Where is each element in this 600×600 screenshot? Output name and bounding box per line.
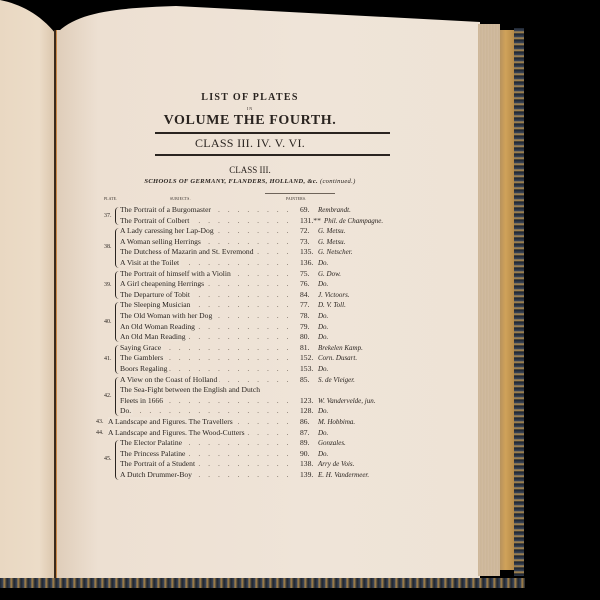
table-row: . . . . . . . . . . . . . . . . . . . . … xyxy=(100,449,400,460)
group-brace xyxy=(115,440,119,479)
painter-name: Arry de Vois. xyxy=(318,459,354,470)
continued-note: (continued.) xyxy=(320,178,356,185)
plate-number: 128. xyxy=(300,406,313,417)
plate-group-label: 42. xyxy=(104,391,112,401)
painter-name: J. Victoors. xyxy=(318,290,350,301)
subject-cell: The Sleeping Musician xyxy=(120,300,192,311)
subject-cell: A Woman selling Herrings xyxy=(120,237,203,248)
subject-cell: An Old Man Reading xyxy=(120,332,188,343)
plate-group-label: 41. xyxy=(104,354,112,364)
painter-name: Do. xyxy=(318,364,328,375)
table-row: . . . . . . . . . . . . . . . . . . . . … xyxy=(100,417,400,428)
table-row: . . . . . . . . . . . . . . . . . . . . … xyxy=(100,364,400,375)
group-brace xyxy=(115,345,119,374)
plate-number: 135. xyxy=(300,247,313,258)
leader-dots: . . . . . . . . . . . . . . . . . . . . … xyxy=(120,406,292,417)
painter-name: G. Metsu. xyxy=(318,226,345,237)
open-book: LIST OF PLATES IN VOLUME THE FOURTH. CLA… xyxy=(0,0,600,600)
plate-number: 90. xyxy=(300,449,310,460)
table-row: . . . . . . . . . . . . . . . . . . . . … xyxy=(100,375,400,386)
table-row: . . . . . . . . . . . . . . . . . . . . … xyxy=(100,396,400,407)
painter-name: Do. xyxy=(318,332,328,343)
plate-number: 86. xyxy=(300,417,310,428)
subject-cell: Saying Grace xyxy=(120,343,163,354)
painter-name: Brekelen Kamp. xyxy=(318,343,363,354)
subject-cell: The Sea-Fight between the English and Du… xyxy=(120,385,262,396)
table-row: . . . . . . . . . . . . . . . . . . . . … xyxy=(100,269,400,280)
subject-cell: The Portrait of a Burgomaster xyxy=(120,205,213,216)
table-row: . . . . . . . . . . . . . . . . . . . . … xyxy=(100,290,400,301)
painter-name: Phil. de Champagne. xyxy=(324,216,383,227)
volume-title: VOLUME THE FOURTH. xyxy=(130,113,370,129)
title-rule-bottom xyxy=(155,154,390,156)
subject-cell: A Lady caressing her Lap-Dog xyxy=(120,226,216,237)
column-headers: PLATE. SUBJECTS. PAINTERS. xyxy=(100,197,370,205)
table-row: . . . . . . . . . . . . . . . . . . . . … xyxy=(100,300,400,311)
subject-cell: The Dutchess of Mazarin and St. Evremond xyxy=(120,247,256,258)
table-row: . . . . . . . . . . . . . . . . . . . . … xyxy=(100,311,400,322)
plate-group-label: 39. xyxy=(104,280,112,290)
subject-cell: A Dutch Drummer-Boy xyxy=(120,470,194,481)
schools-text: SCHOOLS OF GERMANY, FLANDERS, HOLLAND, &… xyxy=(144,178,318,185)
painter-name: Rembrandt. xyxy=(318,205,351,216)
plate-number: 75. xyxy=(300,269,310,280)
painter-name: Do. xyxy=(318,258,328,269)
plate-number: 152. xyxy=(300,353,313,364)
table-row: . . . . . . . . . . . . . . . . . . . . … xyxy=(100,406,400,417)
painter-name: Do. xyxy=(318,449,328,460)
table-row: . . . . . . . . . . . . . . . . . . . . … xyxy=(100,247,400,258)
leather-cover-edge xyxy=(514,28,524,576)
title-rule-top xyxy=(155,132,390,134)
plate-group-label: 43. xyxy=(96,417,104,427)
group-brace xyxy=(115,302,119,341)
plate-table: . . . . . . . . . . . . . . . . . . . . … xyxy=(100,205,370,481)
subject-cell: The Portrait of a Student xyxy=(120,459,197,470)
classes-title: CLASS III. IV. V. VI. xyxy=(130,136,370,151)
plate-number: 84. xyxy=(300,290,310,301)
plate-number: 72. xyxy=(300,226,310,237)
plate-group-label: 45. xyxy=(104,454,112,464)
painters-column-head: PAINTERS. xyxy=(286,197,306,201)
painter-name: Do. xyxy=(318,428,328,439)
painter-name: S. de Vleiger. xyxy=(318,375,355,386)
plates-list: LIST OF PLATES IN VOLUME THE FOURTH. CLA… xyxy=(100,92,370,481)
left-page xyxy=(0,0,56,582)
painter-name: W. Vandervelde, jun. xyxy=(318,396,375,407)
table-row: . . . . . . . . . . . . . . . . . . . . … xyxy=(100,353,400,364)
subject-cell: The Portrait of himself with a Violin xyxy=(120,269,233,280)
book-gutter xyxy=(54,30,56,582)
table-row: . . . . . . . . . . . . . . . . . . . . … xyxy=(100,226,400,237)
subject-cell: Fleets in 1666 xyxy=(120,396,165,407)
section-rule xyxy=(265,193,335,194)
subject-cell: The Departure of Tobit xyxy=(120,290,192,301)
painter-name: D. V. Toll. xyxy=(318,300,346,311)
subjects-column-head: SUBJECTS. xyxy=(170,197,191,201)
title-connector: IN xyxy=(130,106,370,111)
painter-name: G. Dow. xyxy=(318,269,341,280)
plate-number: 123. xyxy=(300,396,313,407)
subject-cell: The Elector Palatine xyxy=(120,438,184,449)
painter-name: Gonzales. xyxy=(318,438,346,449)
table-row: . . . . . . . . . . . . . . . . . . . . … xyxy=(100,428,400,439)
plate-number: 78. xyxy=(300,311,310,322)
table-row: . . . . . . . . . . . . . . . . . . . . … xyxy=(100,279,400,290)
subject-cell: A Girl cheapening Herrings xyxy=(120,279,206,290)
plate-number: 81. xyxy=(300,343,310,354)
plate-number: 73. xyxy=(300,237,310,248)
table-row: . . . . . . . . . . . . . . . . . . . . … xyxy=(100,470,400,481)
table-row: . . . . . . . . . . . . . . . . . . . . … xyxy=(100,216,400,227)
subject-cell: The Gamblers xyxy=(120,353,165,364)
plate-column-head: PLATE. xyxy=(104,197,117,201)
leather-cover-bottom xyxy=(0,578,525,588)
subject-cell: A View on the Coast of Holland xyxy=(120,375,219,386)
table-row: . . . . . . . . . . . . . . . . . . . . … xyxy=(100,459,400,470)
table-row: . . . . . . . . . . . . . . . . . . . . … xyxy=(100,322,400,333)
table-row: . . . . . . . . . . . . . . . . . . . . … xyxy=(100,438,400,449)
plate-group-label: 38. xyxy=(104,242,112,252)
painter-name: G. Netscher. xyxy=(318,247,352,258)
plate-group-label: 40. xyxy=(104,317,112,327)
plate-number: 69. xyxy=(300,205,310,216)
table-row: . . . . . . . . . . . . . . . . . . . . … xyxy=(100,205,400,216)
painter-name: Do. xyxy=(318,311,328,322)
plate-number: 153. xyxy=(300,364,313,375)
painter-name: Do. xyxy=(318,322,328,333)
plate-number: 87. xyxy=(300,428,310,439)
painter-name: Corn. Dusart. xyxy=(318,353,357,364)
subject-cell: A Landscape and Figures. The Wood-Cutter… xyxy=(108,428,247,439)
subject-cell: The Princess Palatine xyxy=(120,449,187,460)
plate-number: 76. xyxy=(300,279,310,290)
table-row: . . . . . . . . . . . . . . . . . . . . … xyxy=(100,237,400,248)
table-row: . . . . . . . . . . . . . . . . . . . . … xyxy=(100,258,400,269)
subject-cell: A Visit at the Toilet xyxy=(120,258,181,269)
plate-number: 139. xyxy=(300,470,313,481)
plate-number: 79. xyxy=(300,322,310,333)
group-brace xyxy=(115,207,119,225)
subject-cell: An Old Woman Reading xyxy=(120,322,197,333)
table-row: . . . . . . . . . . . . . . . . . . . . … xyxy=(100,343,400,354)
plate-number: 131.** xyxy=(300,216,321,227)
page-fore-edge xyxy=(478,24,500,576)
painter-name: G. Metsu. xyxy=(318,237,345,248)
subject-cell: Boors Regaling xyxy=(120,364,169,375)
group-brace xyxy=(115,377,119,416)
plate-number: 85. xyxy=(300,375,310,386)
plate-number: 77. xyxy=(300,300,310,311)
painter-name: Do. xyxy=(318,406,328,417)
plate-number: 80. xyxy=(300,332,310,343)
list-title: LIST OF PLATES xyxy=(130,92,370,103)
plate-number: 89. xyxy=(300,438,310,449)
painter-name: E. H. Vandermeer. xyxy=(318,470,369,481)
subject-cell: The Old Woman with her Dog xyxy=(120,311,214,322)
plate-group-label: 37. xyxy=(104,211,112,221)
painter-name: M. Hobbima. xyxy=(318,417,355,428)
subject-cell: A Landscape and Figures. The Travellers xyxy=(108,417,235,428)
class-heading: CLASS III. xyxy=(130,165,370,175)
table-row: The Sea-Fight between the English and Du… xyxy=(100,385,400,396)
gilt-edge xyxy=(500,30,514,570)
group-brace xyxy=(115,271,119,300)
subject-cell: The Portrait of Colbert xyxy=(120,216,191,227)
painter-name: Do. xyxy=(318,279,328,290)
plate-group-label: 44. xyxy=(96,428,104,438)
table-row: . . . . . . . . . . . . . . . . . . . . … xyxy=(100,332,400,343)
subject-cell: Do. xyxy=(120,406,133,417)
group-brace xyxy=(115,228,119,267)
schools-heading: SCHOOLS OF GERMANY, FLANDERS, HOLLAND, &… xyxy=(130,178,370,185)
plate-number: 138. xyxy=(300,459,313,470)
plate-number: 136. xyxy=(300,258,313,269)
